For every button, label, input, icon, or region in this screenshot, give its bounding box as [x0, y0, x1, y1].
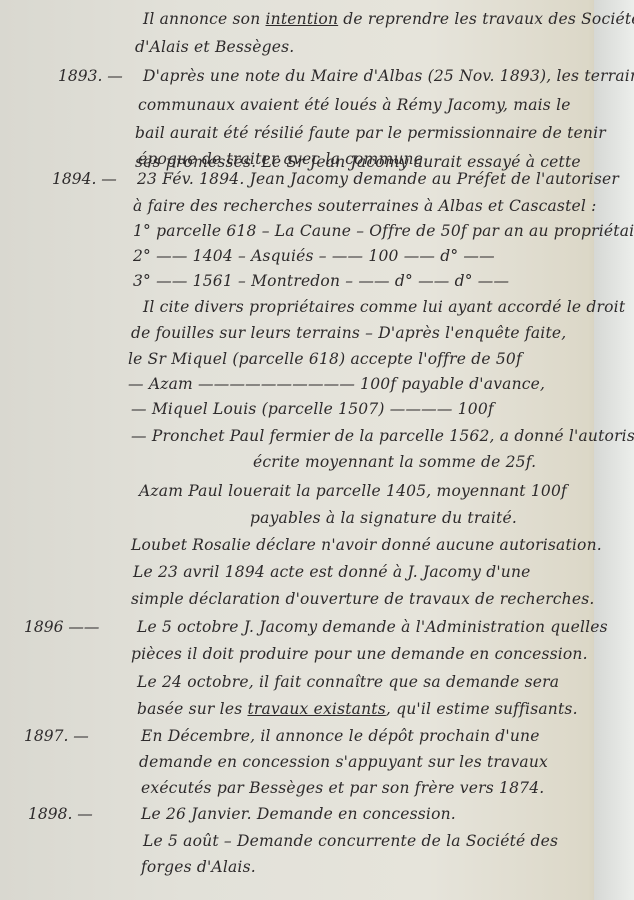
text-line: Le 26 Janvier. Demande en concession.: [141, 805, 456, 823]
year-label-1896: 1896 ——: [24, 618, 99, 636]
owner-line: — Azam —————————— 100f payable d'avance,: [128, 375, 545, 393]
text-line: Loubet Rosalie déclare n'avoir donné auc…: [131, 536, 602, 554]
owner-line: — Miquel Louis (parcelle 1507) ———— 100f: [131, 400, 494, 418]
parcel-line: 3° —— 1561 – Montredon – —— d° —— d° ——: [133, 272, 509, 290]
text-fragment: Il annonce son: [143, 10, 266, 28]
text-line: bail aurait été résilié faute par le per…: [135, 124, 606, 142]
text-line: époque de traiter avec la commune.: [138, 150, 428, 168]
underlined-phrase: travaux existants: [247, 700, 385, 718]
text-line: basée sur les travaux existants, qu'il e…: [137, 700, 578, 718]
text-line: Le 24 octobre, il fait connaître que sa …: [137, 673, 559, 691]
parcel-line: 1° parcelle 618 – La Caune – Offre de 50…: [133, 222, 634, 240]
text-line: à faire des recherches souterraines à Al…: [133, 197, 597, 215]
text-line: 23 Fév. 1894. Jean Jacomy demande au Pré…: [137, 170, 619, 188]
text-line: Il cite divers propriétaires comme lui a…: [143, 298, 625, 316]
owner-line: — Pronchet Paul fermier de la parcelle 1…: [131, 427, 634, 445]
text-fragment: basée sur les: [137, 700, 247, 718]
text-line: forges d'Alais.: [141, 858, 256, 876]
year-label-1898: 1898. —: [28, 805, 93, 823]
text-line: exécutés par Bessèges et par son frère v…: [141, 779, 544, 797]
parcel-line: 2° —— 1404 – Asquiés – —— 100 —— d° ——: [133, 247, 495, 265]
text-line: Le 5 octobre J. Jacomy demande à l'Admin…: [137, 618, 608, 636]
year-label-1897: 1897. —: [24, 727, 89, 745]
text-line: Il annonce son intention de reprendre le…: [143, 10, 634, 28]
year-label-1894: 1894. —: [52, 170, 117, 188]
text-line: En Décembre, il annonce le dépôt prochai…: [141, 727, 540, 745]
underlined-word: intention: [266, 10, 339, 28]
text-fragment: de reprendre les travaux des Sociétés: [338, 10, 634, 28]
text-fragment: , qu'il estime suffisants.: [386, 700, 578, 718]
text-line: communaux avaient été loués à Rémy Jacom…: [138, 96, 571, 114]
year-label-1893: 1893. —: [58, 67, 123, 85]
text-line: Le 5 août – Demande concurrente de la So…: [143, 832, 558, 850]
text-line: D'après une note du Maire d'Albas (25 No…: [143, 67, 634, 85]
text-line: demande en concession s'appuyant sur les…: [139, 753, 548, 771]
text-line: de fouilles sur leurs terrains – D'après…: [131, 324, 566, 342]
text-line: pièces il doit produire pour une demande…: [131, 645, 588, 663]
text-line: simple déclaration d'ouverture de travau…: [131, 590, 595, 608]
text-line: d'Alais et Bessèges.: [135, 38, 294, 56]
text-line: le Sr Miquel (parcelle 618) accepte l'of…: [128, 350, 522, 368]
text-line: Azam Paul louerait la parcelle 1405, moy…: [139, 482, 567, 500]
text-line: payables à la signature du traité.: [250, 509, 517, 527]
text-line: Le 23 avril 1894 acte est donné à J. Jac…: [133, 563, 531, 581]
text-line: écrite moyennant la somme de 25f.: [253, 453, 536, 471]
